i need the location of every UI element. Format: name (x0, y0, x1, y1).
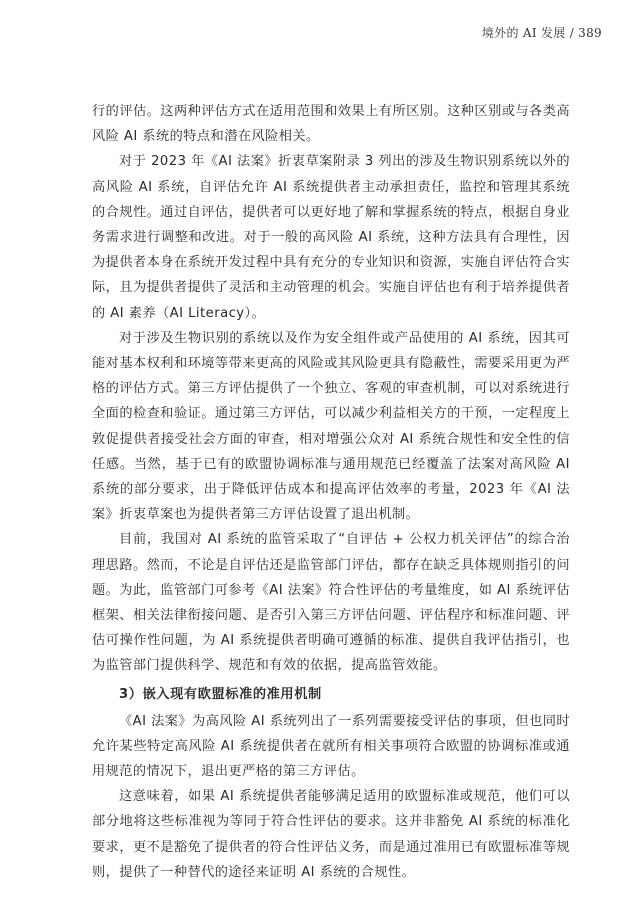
paragraph-china-regulation: 目前，我国对 AI 系统的监管采取了“自评估 + 公权力机关评估”的综合治理思路… (92, 527, 570, 678)
paragraph-self-assessment: 对于 2023 年《AI 法案》折衷草案附录 3 列出的涉及生物识别系统以外的高… (92, 149, 570, 325)
paragraph-continuation: 行的评估。这两种评估方式在适用范围和效果上有所区别。这种区别或与各类高风险 AI… (92, 99, 570, 149)
paragraph-ai-act-standards: 《AI 法案》为高风险 AI 系统列出了一系列需要接受评估的事项，但也同时允许某… (92, 709, 570, 785)
section-heading: 3）嵌入现有欧盟标准的准用机制 (92, 681, 570, 708)
running-header: 境外的 AI 发展 / 389 (482, 24, 602, 41)
paragraph-third-party-assessment: 对于涉及生物识别的系统以及作为安全组件或产品使用的 AI 系统，因其可能对基本权… (92, 326, 570, 528)
paragraph-meaning: 这意味着，如果 AI 系统提供者能够满足适用的欧盟标准或规范，他们可以部分地将这… (92, 784, 570, 885)
page-body: 行的评估。这两种评估方式在适用范围和效果上有所区别。这种区别或与各类高风险 AI… (92, 99, 570, 885)
